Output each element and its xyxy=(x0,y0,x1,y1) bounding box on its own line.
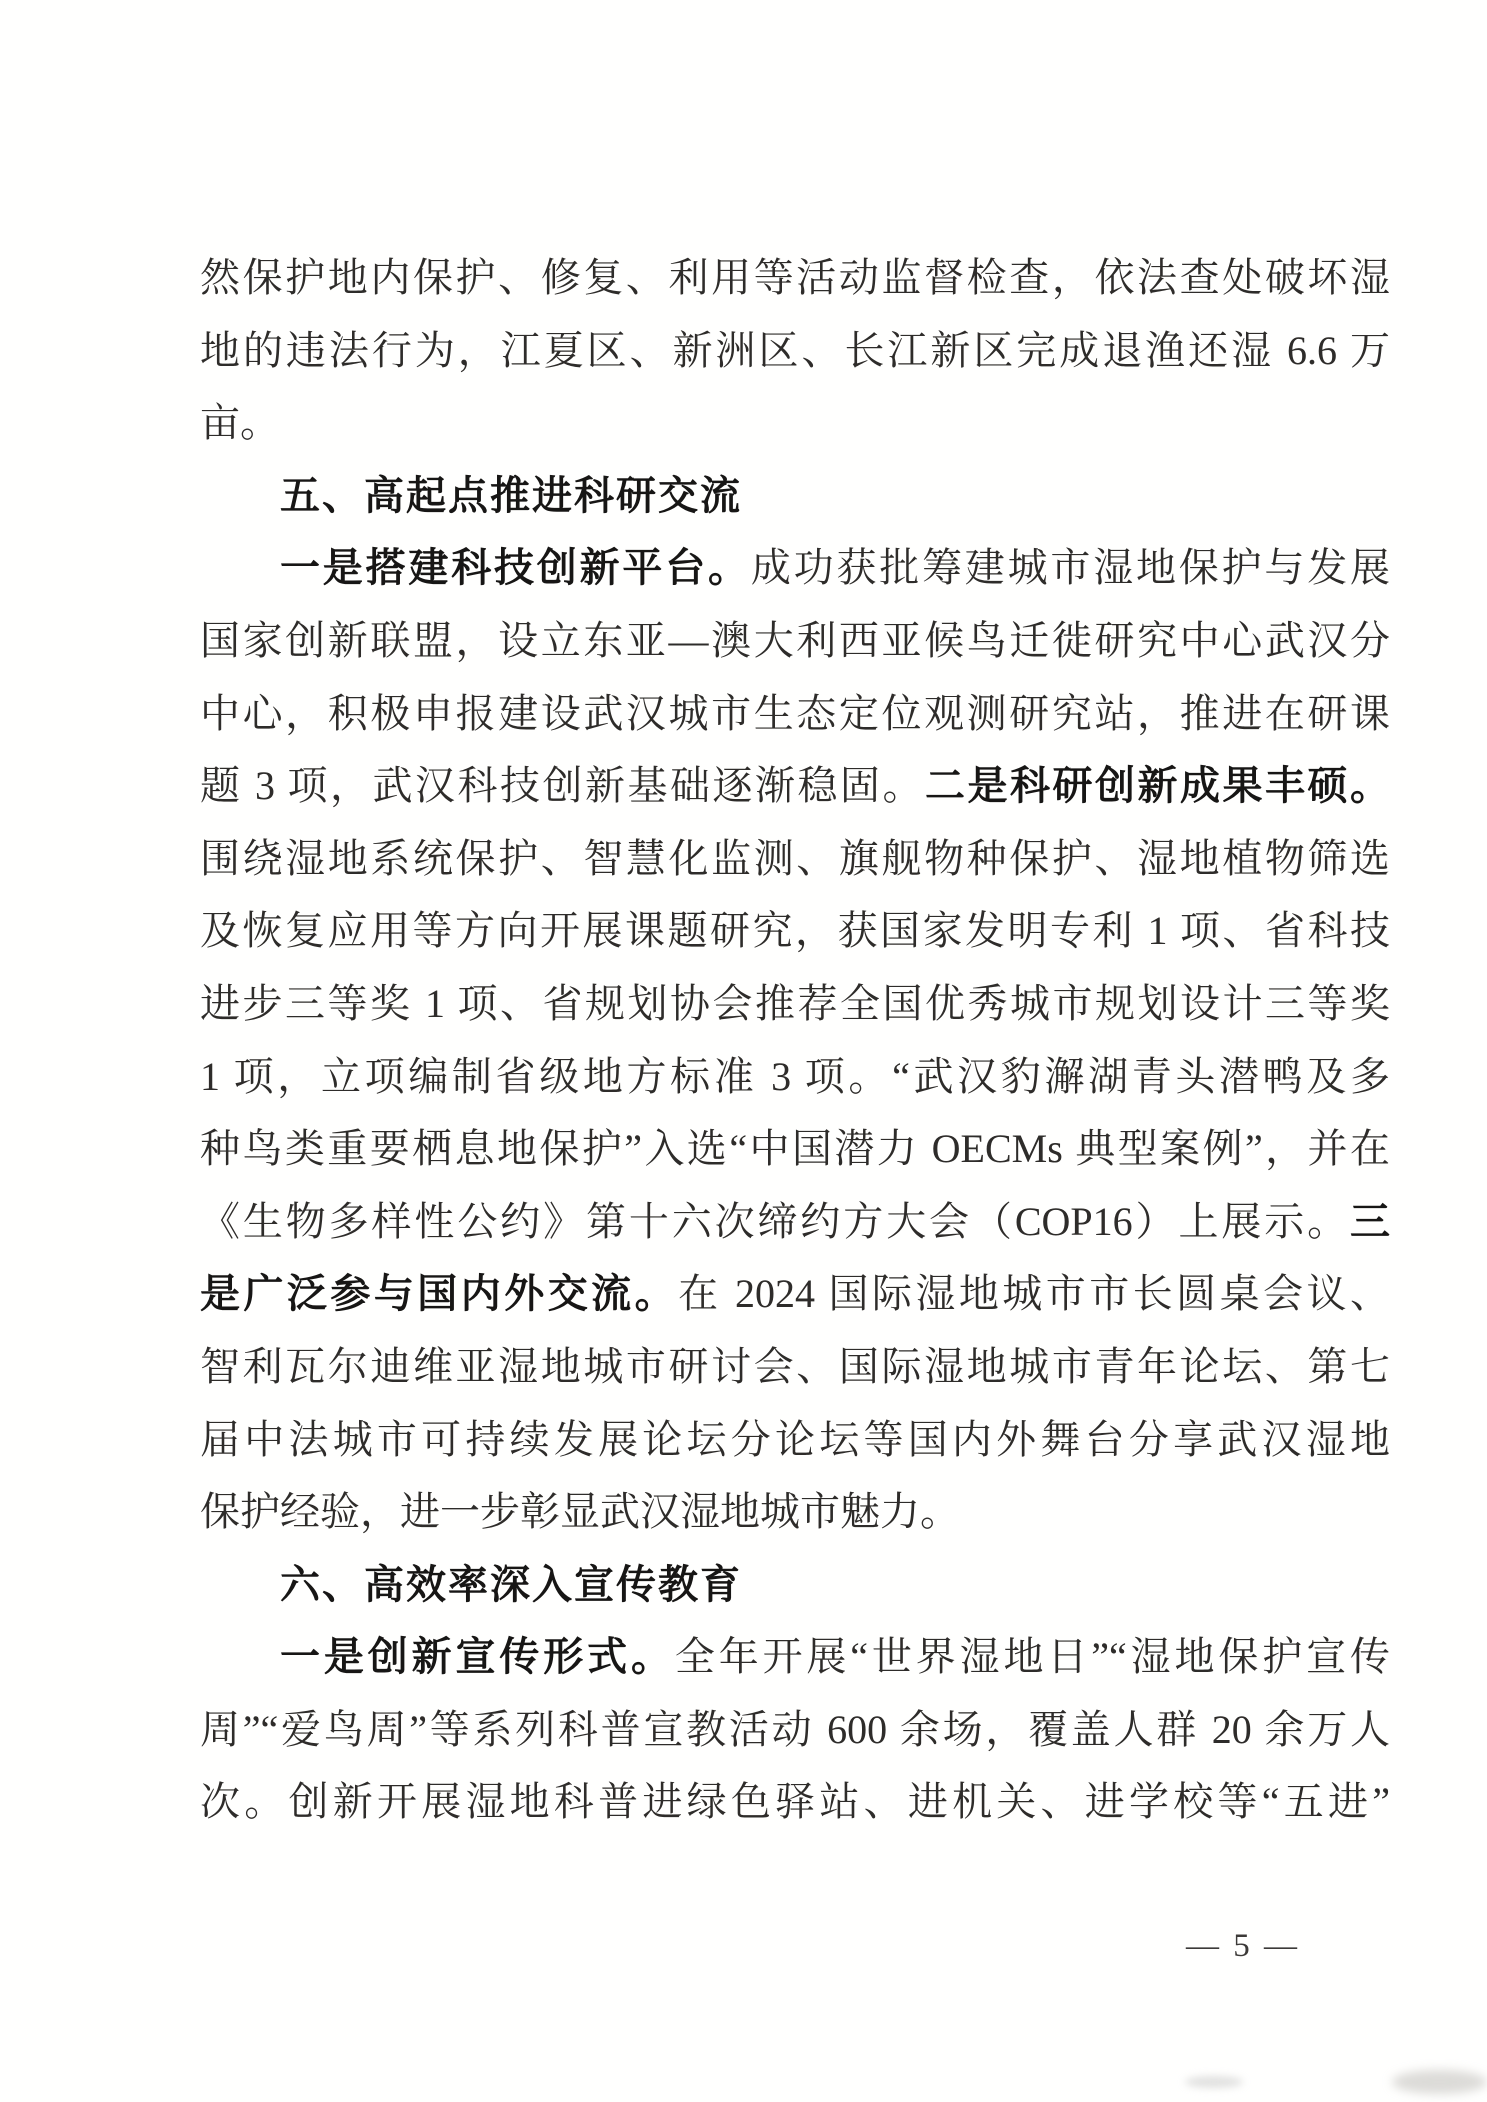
text-line: 及恢复应用等方向开展课题研究，获国家发明专利 1 项、省科技 xyxy=(200,895,1390,968)
text-segment: 二是科研创新成果丰硕。 xyxy=(925,763,1390,808)
text-line: 次。创新开展湿地科普进绿色驿站、进机关、进学校等“五进” xyxy=(200,1766,1390,1839)
text-line: 届中法城市可持续发展论坛分论坛等国内外舞台分享武汉湿地 xyxy=(200,1404,1390,1477)
text-segment: 全年开展“世界湿地日”“湿地保护宣传 xyxy=(675,1634,1390,1679)
text-line: 亩。 xyxy=(200,387,1390,460)
text-segment: 地的违法行为，江夏区、新洲区、长江新区完成退渔还湿 6.6 万 xyxy=(200,328,1390,373)
scan-smudge xyxy=(1392,2070,1487,2094)
text-segment: 是广泛参与国内外交流。 xyxy=(200,1271,678,1316)
text-line: 然保护地内保护、修复、利用等活动监督检查，依法查处破坏湿 xyxy=(200,242,1390,315)
text-segment: 中心，积极申报建设武汉城市生态定位观测研究站，推进在研课 xyxy=(200,691,1390,736)
text-segment: 亩。 xyxy=(200,400,280,445)
text-segment: 国家创新联盟，设立东亚—澳大利西亚候鸟迁徙研究中心武汉分 xyxy=(200,618,1390,663)
text-line: 国家创新联盟，设立东亚—澳大利西亚候鸟迁徙研究中心武汉分 xyxy=(200,605,1390,678)
text-line: 《生物多样性公约》第十六次缔约方大会（COP16）上展示。三 xyxy=(200,1186,1390,1259)
text-segment: 三 xyxy=(1350,1199,1390,1244)
text-segment: 进步三等奖 1 项、省规划协会推荐全国优秀城市规划设计三等奖 xyxy=(200,981,1390,1026)
text-line: 一是创新宣传形式。全年开展“世界湿地日”“湿地保护宣传 xyxy=(200,1621,1390,1694)
text-segment: 届中法城市可持续发展论坛分论坛等国内外舞台分享武汉湿地 xyxy=(200,1417,1390,1462)
text-segment: 一是搭建科技创新平台。 xyxy=(280,545,751,590)
text-segment: 围绕湿地系统保护、智慧化监测、旗舰物种保护、湿地植物筛选 xyxy=(200,836,1390,881)
text-line: 周”“爱鸟周”等系列科普宣教活动 600 余场，覆盖人群 20 余万人 xyxy=(200,1694,1390,1767)
text-segment: 然保护地内保护、修复、利用等活动监督检查，依法查处破坏湿 xyxy=(200,255,1390,300)
text-line: 智利瓦尔迪维亚湿地城市研讨会、国际湿地城市青年论坛、第七 xyxy=(200,1331,1390,1404)
text-segment: 《生物多样性公约》第十六次缔约方大会（COP16）上展示。 xyxy=(200,1199,1350,1244)
text-line: 中心，积极申报建设武汉城市生态定位观测研究站，推进在研课 xyxy=(200,678,1390,751)
text-line: 围绕湿地系统保护、智慧化监测、旗舰物种保护、湿地植物筛选 xyxy=(200,823,1390,896)
text-segment: 五、高起点推进科研交流 xyxy=(280,474,742,518)
section-heading: 六、高效率深入宣传教育 xyxy=(200,1549,1390,1622)
text-segment: 成功获批筹建城市湿地保护与发展 xyxy=(751,545,1390,590)
text-segment: 及恢复应用等方向开展课题研究，获国家发明专利 1 项、省科技 xyxy=(200,908,1390,953)
text-segment: 种鸟类重要栖息地保护”入选“中国潜力 OECMs 典型案例”，并在 xyxy=(200,1126,1390,1171)
section-heading: 五、高起点推进科研交流 xyxy=(200,460,1390,533)
text-line: 地的违法行为，江夏区、新洲区、长江新区完成退渔还湿 6.6 万 xyxy=(200,315,1390,388)
page-number: — 5 — xyxy=(200,1926,1300,1966)
document-body: 然保护地内保护、修复、利用等活动监督检查，依法查处破坏湿地的违法行为，江夏区、新… xyxy=(200,242,1390,1839)
text-line: 1 项，立项编制省级地方标准 3 项。“武汉豹澥湖青头潜鸭及多 xyxy=(200,1041,1390,1114)
text-line: 保护经验，进一步彰显武汉湿地城市魅力。 xyxy=(200,1476,1390,1549)
text-segment: 周”“爱鸟周”等系列科普宣教活动 600 余场，覆盖人群 20 余万人 xyxy=(200,1707,1390,1752)
text-segment: 次。创新开展湿地科普进绿色驿站、进机关、进学校等“五进” xyxy=(200,1779,1390,1824)
text-line: 题 3 项，武汉科技创新基础逐渐稳固。二是科研创新成果丰硕。 xyxy=(200,750,1390,823)
text-segment: 题 3 项，武汉科技创新基础逐渐稳固。 xyxy=(200,763,925,808)
text-segment: 六、高效率深入宣传教育 xyxy=(280,1563,742,1607)
text-line: 是广泛参与国内外交流。在 2024 国际湿地城市市长圆桌会议、 xyxy=(200,1258,1390,1331)
document-page: 然保护地内保护、修复、利用等活动监督检查，依法查处破坏湿地的违法行为，江夏区、新… xyxy=(0,0,1487,2102)
text-segment: 保护经验，进一步彰显武汉湿地城市魅力。 xyxy=(200,1489,960,1534)
text-segment: 在 2024 国际湿地城市市长圆桌会议、 xyxy=(678,1271,1390,1316)
text-line: 一是搭建科技创新平台。成功获批筹建城市湿地保护与发展 xyxy=(200,532,1390,605)
scan-smudge xyxy=(1185,2076,1243,2088)
text-line: 进步三等奖 1 项、省规划协会推荐全国优秀城市规划设计三等奖 xyxy=(200,968,1390,1041)
text-segment: 1 项，立项编制省级地方标准 3 项。“武汉豹澥湖青头潜鸭及多 xyxy=(200,1054,1390,1099)
text-segment: 一是创新宣传形式。 xyxy=(280,1634,675,1679)
text-segment: 智利瓦尔迪维亚湿地城市研讨会、国际湿地城市青年论坛、第七 xyxy=(200,1344,1390,1389)
text-line: 种鸟类重要栖息地保护”入选“中国潜力 OECMs 典型案例”，并在 xyxy=(200,1113,1390,1186)
